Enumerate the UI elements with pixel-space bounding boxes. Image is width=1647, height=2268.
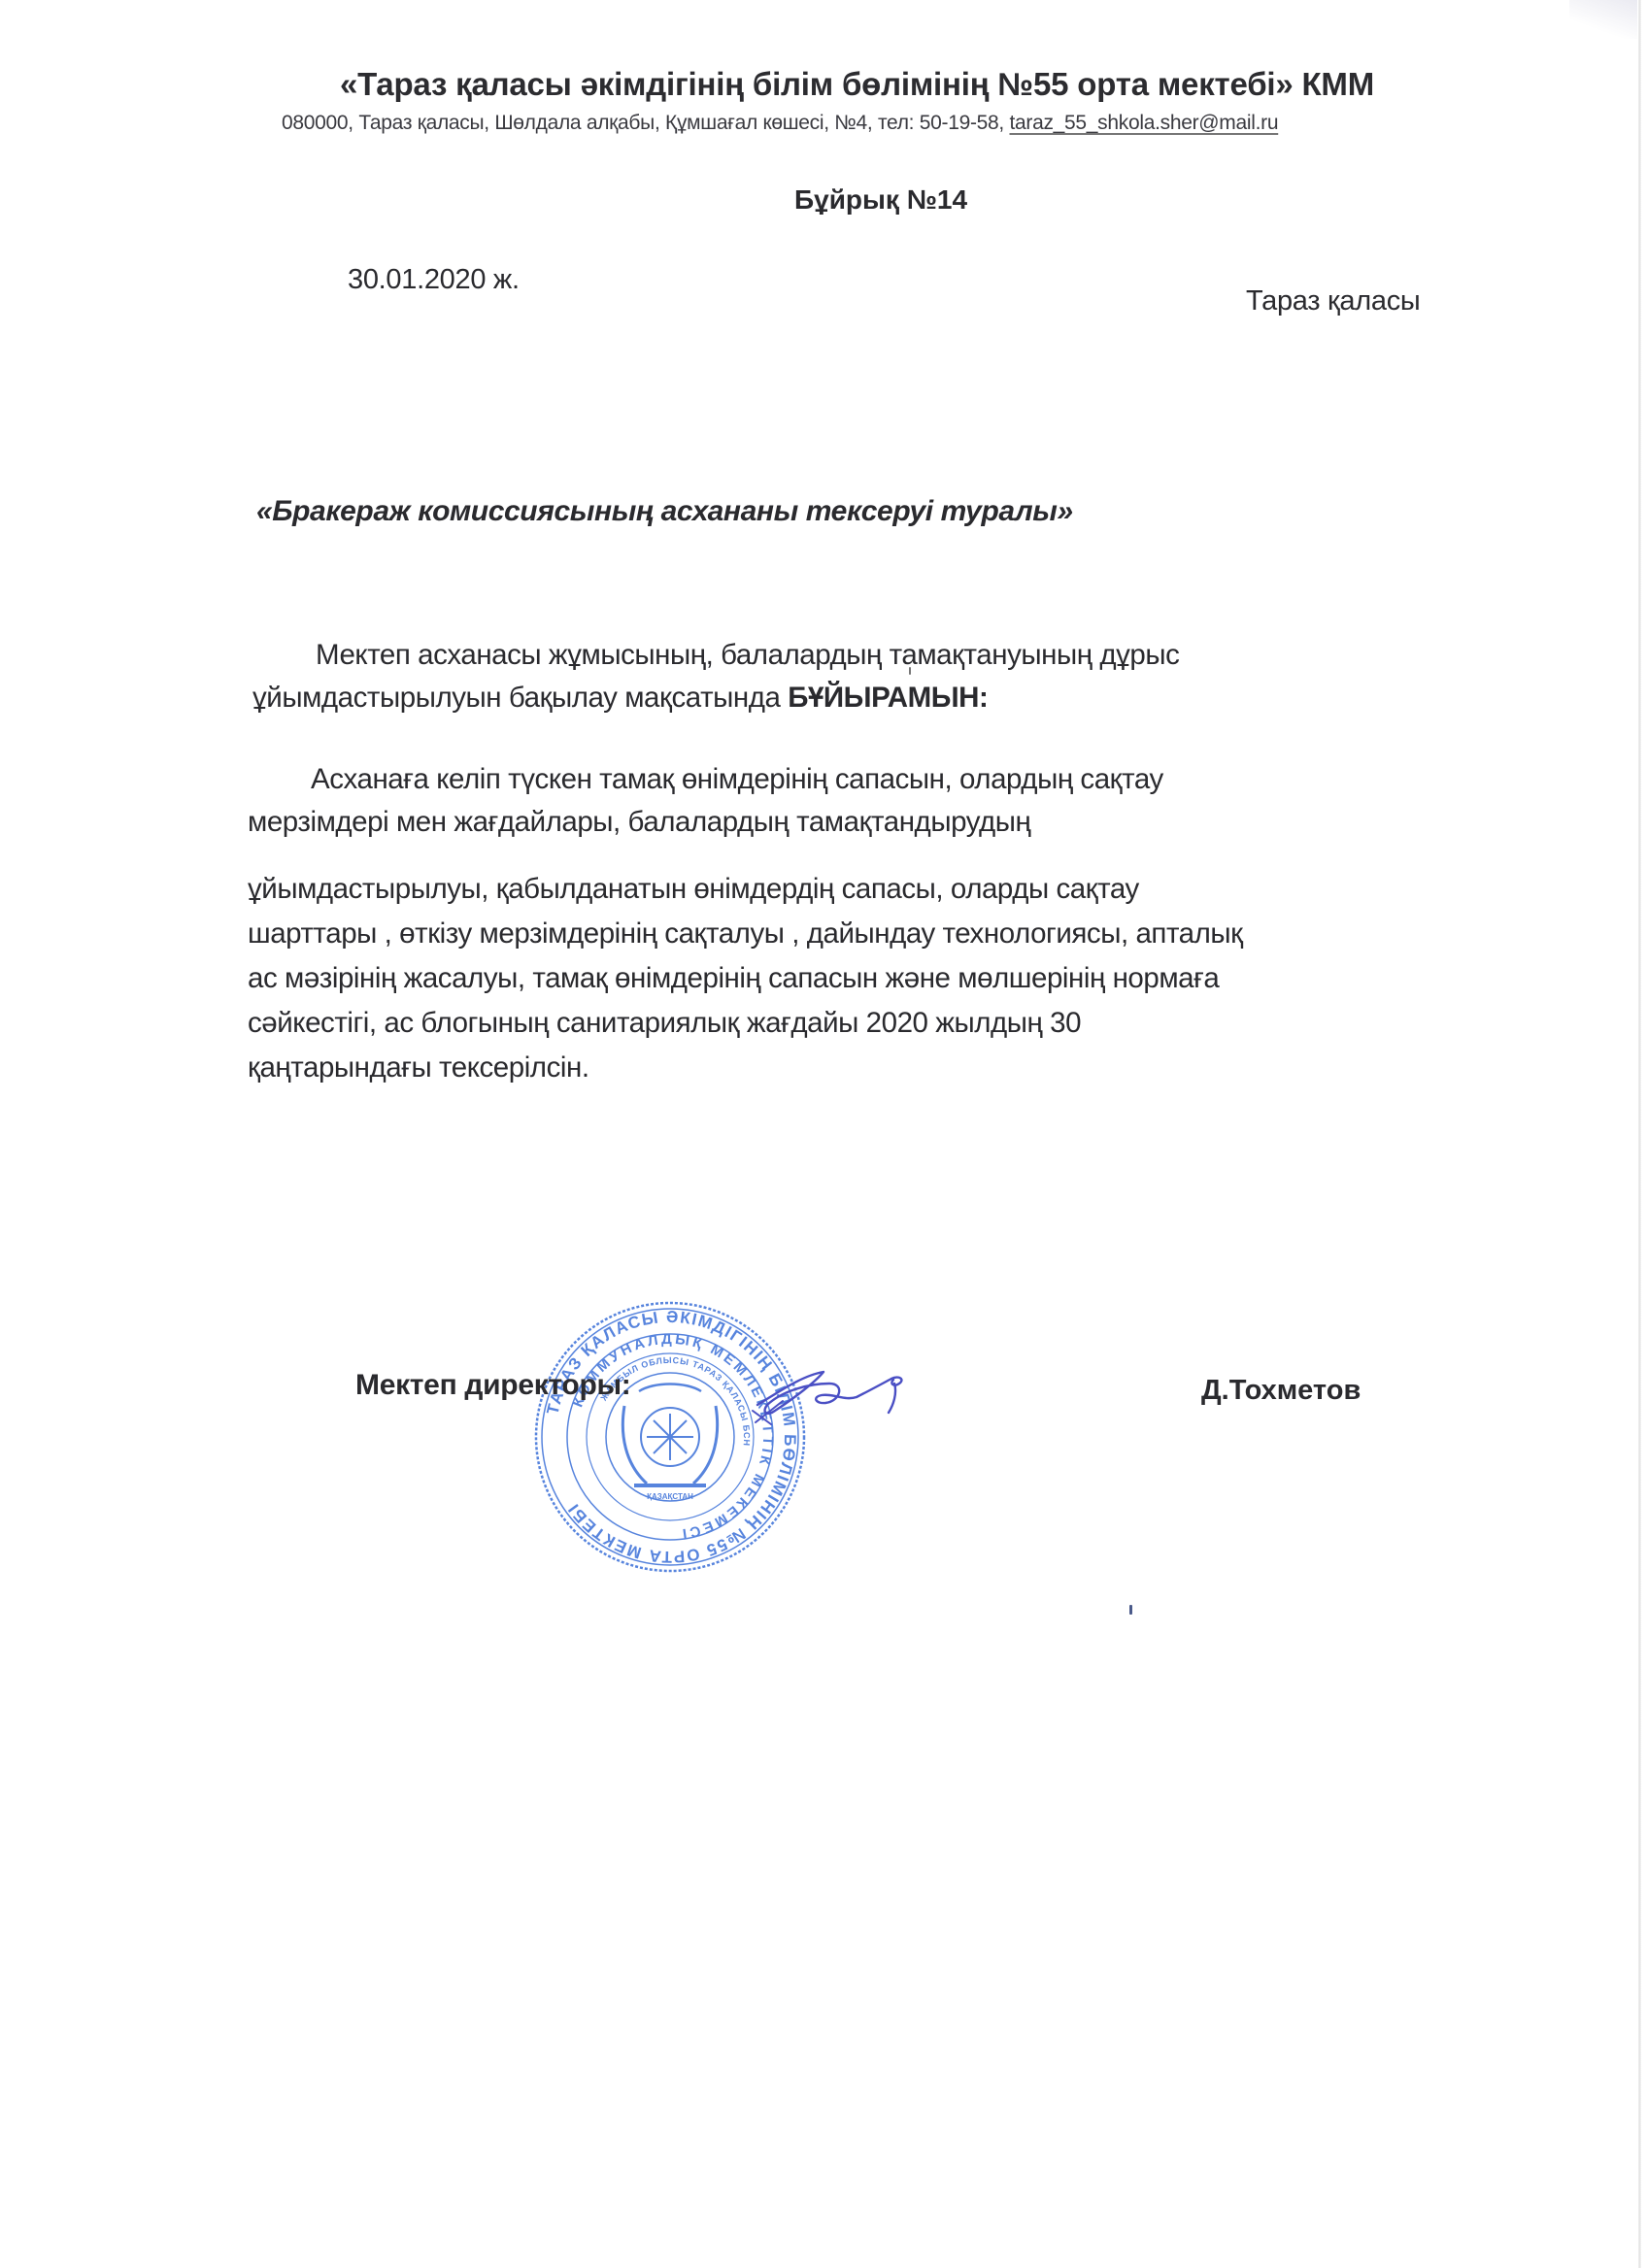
organization-address: 080000, Тараз қаласы, Шөлдала алқабы, Құ… — [282, 112, 1278, 135]
order-date: 30.01.2020 ж. — [348, 264, 520, 296]
email-link[interactable]: taraz_55_shkola.sher@mail.ru — [1009, 112, 1278, 134]
body-line: сәйкестігі, ас блогының санитариялық жағ… — [248, 1007, 1081, 1040]
signature-label: Мектеп директоры: — [355, 1369, 631, 1402]
svg-text:ҚАЗАҚСТАН: ҚАЗАҚСТАН — [647, 1492, 693, 1501]
order-number: Бұйрық №14 — [794, 184, 967, 216]
body-line: ұйымдастырылуы, қабылданатын өнімдердің … — [248, 873, 1139, 906]
body-line: мерзімдері мен жағдайлары, балалардың та… — [248, 806, 1030, 839]
body-line: ұйымдастырылуын бақылау мақсатында БҰЙЫР… — [252, 682, 988, 715]
order-city: Тараз қаласы — [1246, 285, 1420, 317]
scan-speck — [1129, 1605, 1132, 1615]
body-line: ас мәзірінің жасалуы, тамақ өнімдерінің … — [248, 962, 1219, 995]
scan-speck — [909, 667, 911, 675]
body-line: Мектеп асханасы жұмысының, балалардың та… — [316, 639, 1179, 672]
address-text: 080000, Тараз қаласы, Шөлдала алқабы, Құ… — [282, 112, 1009, 134]
handwritten-signature-icon — [748, 1354, 913, 1442]
body-line: қаңтарындағы тексерілсін. — [248, 1051, 589, 1084]
order-subject: «Бракераж комиссиясының асхананы тексеру… — [256, 495, 1073, 528]
order-word: БҰЙЫРАМЫН: — [788, 682, 988, 714]
document-page: «Тараз қаласы әкімдігінің білім бөліміні… — [0, 0, 1647, 2268]
body-line: шарттары , өткізу мерзімдерінің сақталуы… — [248, 917, 1243, 951]
organization-title: «Тараз қаласы әкімдігінің білім бөліміні… — [340, 66, 1374, 103]
scan-edge — [1638, 0, 1641, 2268]
body-line-text: ұйымдастырылуын бақылау мақсатында — [252, 682, 788, 714]
body-line: Асханаға келіп түскен тамақ өнімдерінің … — [311, 763, 1163, 796]
scan-corner-shadow — [1569, 0, 1637, 39]
director-name: Д.Тохметов — [1201, 1375, 1361, 1407]
